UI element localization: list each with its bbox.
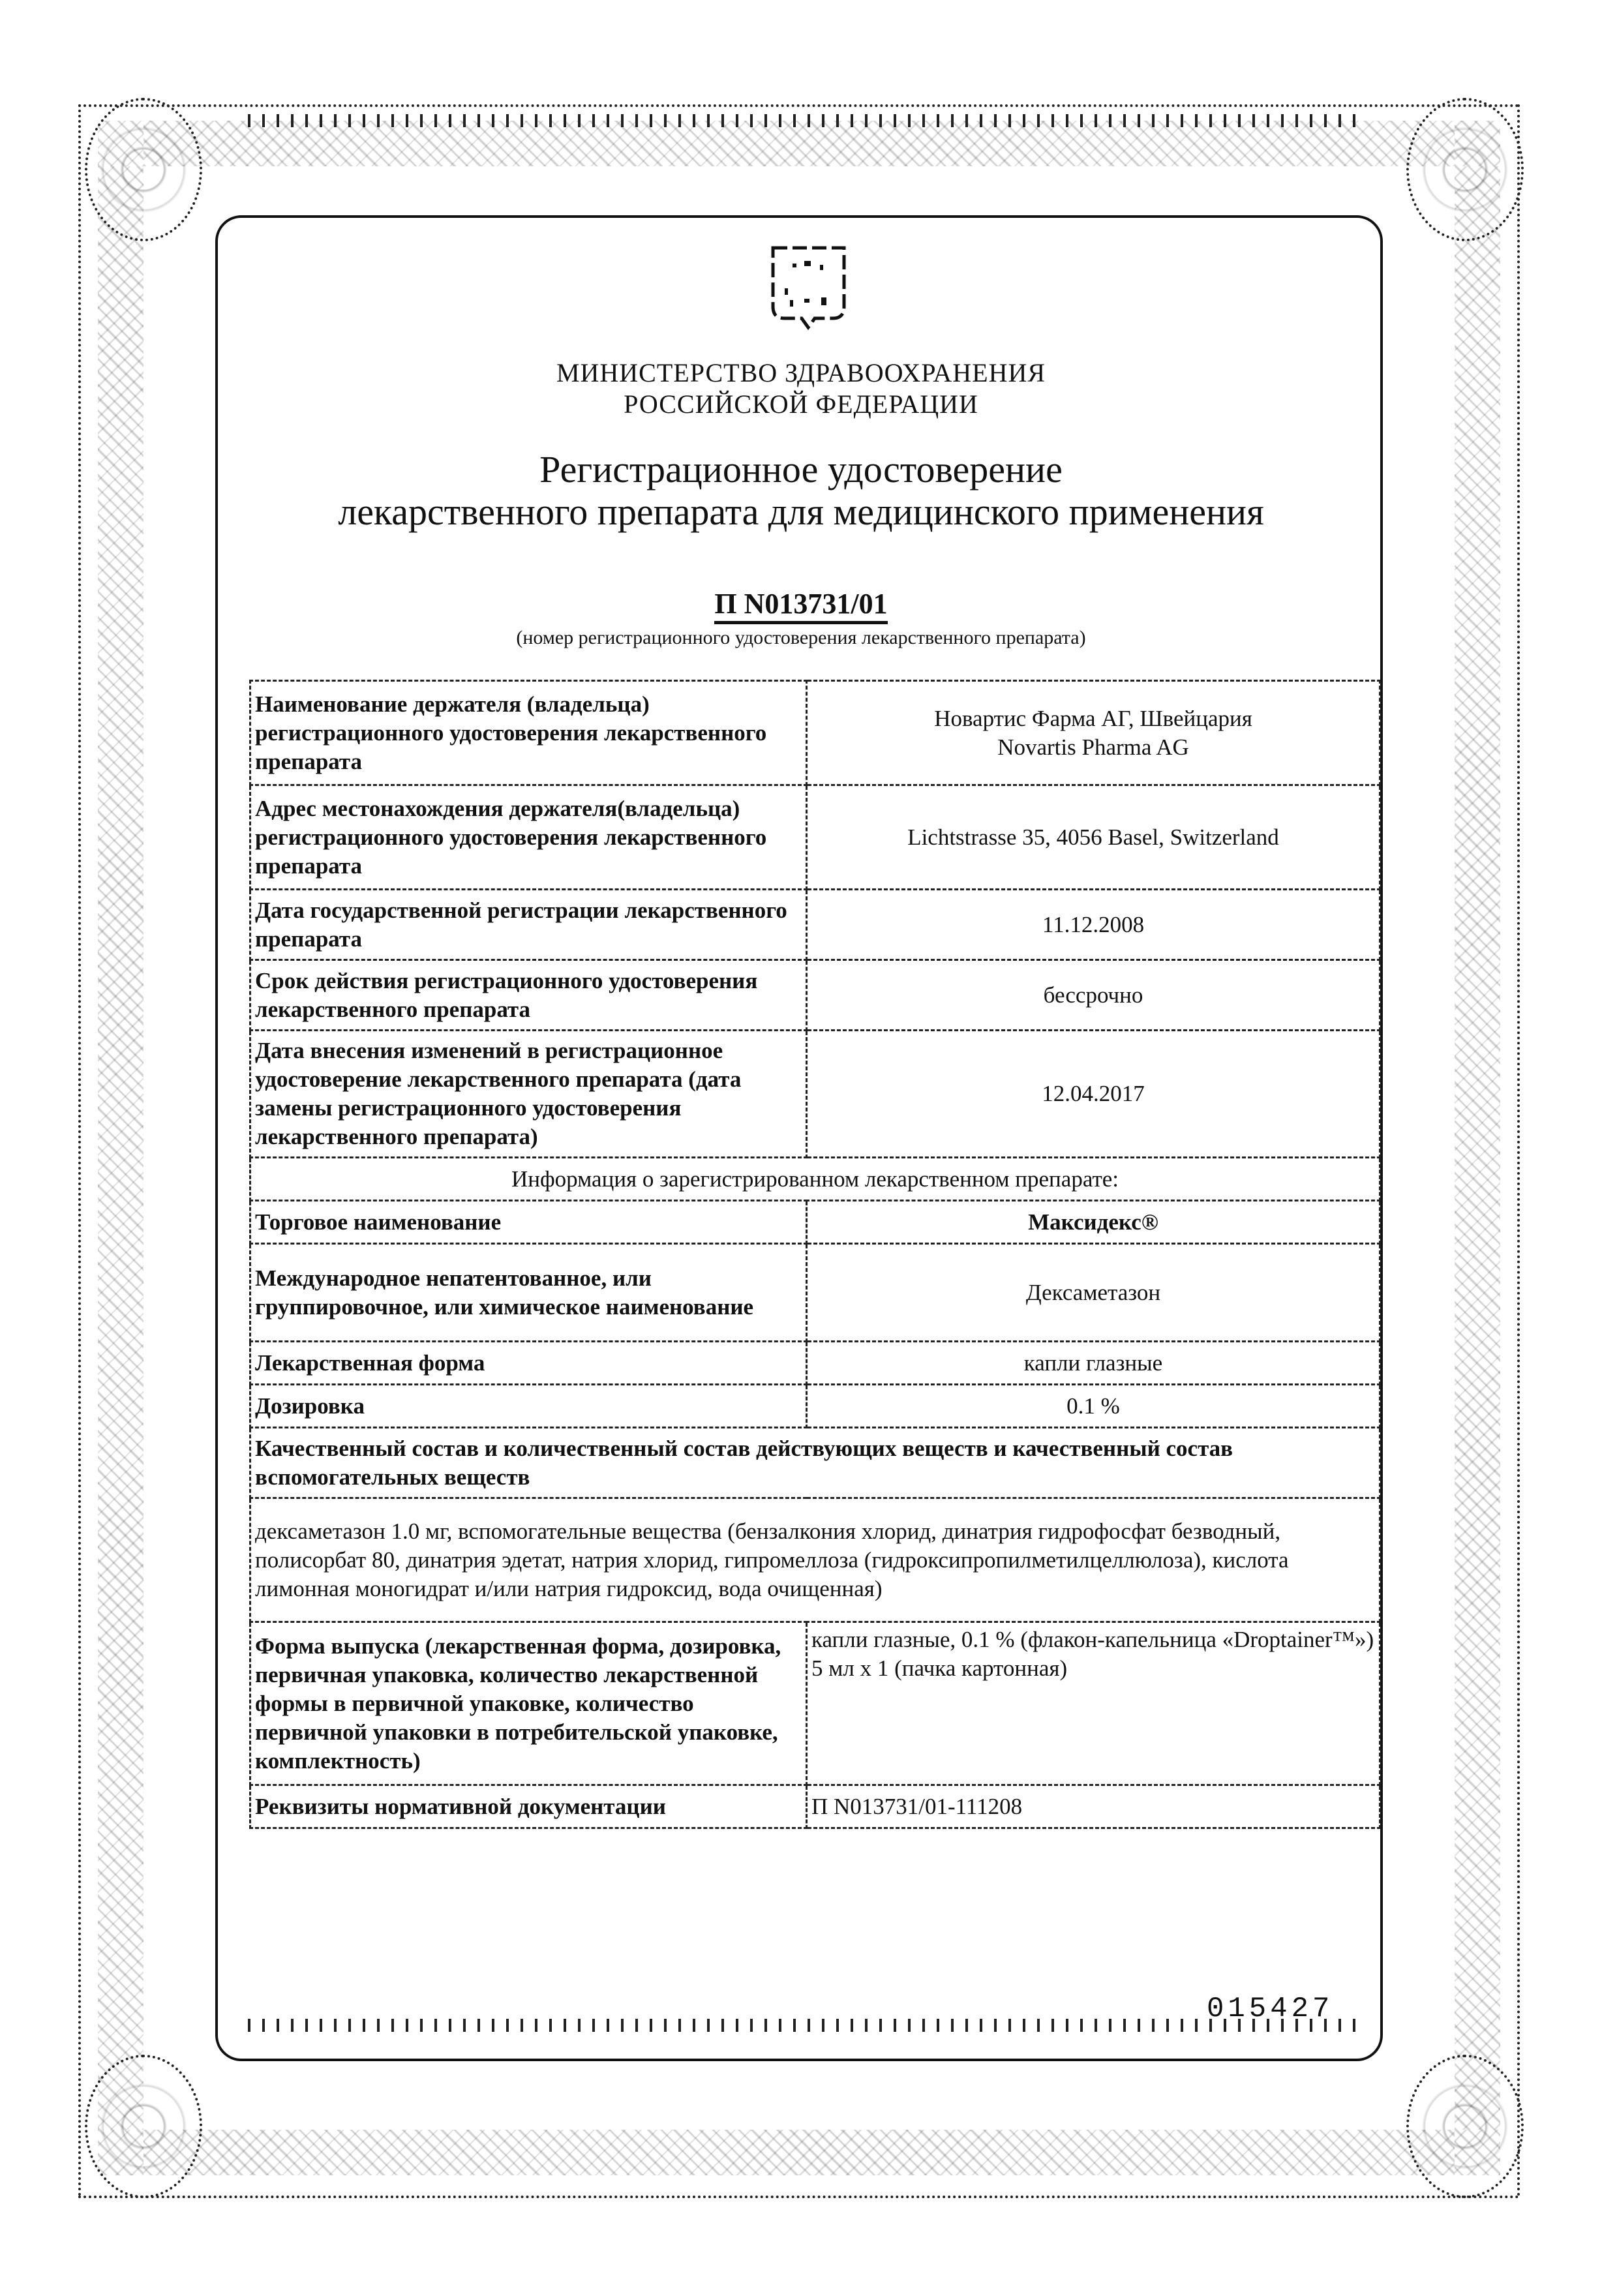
rosette-ornament-icon <box>85 2055 202 2198</box>
row-value: П N013731/01-111208 <box>807 1785 1380 1828</box>
rosette-ornament-icon <box>85 98 202 241</box>
row-label: Срок действия регистрационного удостовер… <box>250 960 807 1031</box>
row-label: Торговое наименование <box>250 1201 807 1244</box>
registration-number-text: П N013731/01 <box>714 588 887 624</box>
table-row-dosage: Дозировка 0.1 % <box>250 1385 1380 1428</box>
row-label: Дозировка <box>250 1385 807 1428</box>
row-label: Международное непатентованное, или групп… <box>250 1244 807 1342</box>
row-label: Дата государственной регистрации лекарст… <box>250 890 807 960</box>
table-row-section-title: Информация о зарегистрированном лекарств… <box>250 1158 1380 1201</box>
row-value: капли глазные, 0.1 % (флакон-капельница … <box>807 1622 1380 1785</box>
ministry-name-line2: РОССИЙСКОЙ ФЕДЕРАЦИИ <box>0 389 1602 420</box>
document-title-line2: лекарственного препарата для медицинског… <box>0 489 1602 535</box>
holder-name-ru: Новартис Фарма АГ, Швейцария <box>811 704 1375 733</box>
row-label: Лекарственная форма <box>250 1342 807 1385</box>
row-value: Lichtstrasse 35, 4056 Basel, Switzerland <box>807 785 1380 890</box>
row-value: бессрочно <box>807 960 1380 1031</box>
rosette-ornament-icon <box>1406 98 1524 241</box>
row-value: 11.12.2008 <box>807 890 1380 960</box>
row-value: 12.04.2017 <box>807 1031 1380 1158</box>
row-label: Реквизиты нормативной документации <box>250 1785 807 1828</box>
drug-info-section-title: Информация о зарегистрированном лекарств… <box>250 1158 1380 1201</box>
row-label: Форма выпуска (лекарственная форма, дози… <box>250 1622 807 1785</box>
table-row-dosage-form: Лекарственная форма капли глазные <box>250 1342 1380 1385</box>
row-label: Наименование держателя (владельца) регис… <box>250 681 807 785</box>
table-row-holder-address: Адрес местонахождения держателя(владельц… <box>250 785 1380 890</box>
serial-number: 015427 <box>1207 1993 1333 2025</box>
table-row-normative-docs: Реквизиты нормативной документации П N01… <box>250 1785 1380 1828</box>
coat-of-arms-icon <box>768 241 849 333</box>
row-label: Дата внесения изменений в регистрационно… <box>250 1031 807 1158</box>
composition-text: дексаметазон 1.0 мг, вспомогательные вещ… <box>250 1498 1380 1622</box>
row-label: Адрес местонахождения держателя(владельц… <box>250 785 807 890</box>
row-value: капли глазные <box>807 1342 1380 1385</box>
registration-number: П N013731/01 <box>0 587 1602 621</box>
table-row-registration-date: Дата государственной регистрации лекарст… <box>250 890 1380 960</box>
row-value: Дексаметазон <box>807 1244 1380 1342</box>
table-row-inn: Международное непатентованное, или групп… <box>250 1244 1380 1342</box>
table-row-validity: Срок действия регистрационного удостовер… <box>250 960 1380 1031</box>
rosette-ornament-icon <box>1406 2055 1524 2198</box>
table-row-trade-name: Торговое наименование Максидекс® <box>250 1201 1380 1244</box>
registration-number-caption: (номер регистрационного удостоверения ле… <box>0 626 1602 650</box>
table-row-change-date: Дата внесения изменений в регистрационно… <box>250 1031 1380 1158</box>
row-value: Максидекс® <box>807 1201 1380 1244</box>
composition-title: Качественный состав и количественный сос… <box>250 1428 1380 1498</box>
certificate-table: Наименование держателя (владельца) регис… <box>249 680 1381 1829</box>
table-row-release-form: Форма выпуска (лекарственная форма, дози… <box>250 1622 1380 1785</box>
table-row-holder-name: Наименование держателя (владельца) регис… <box>250 681 1380 785</box>
document-title-line1: Регистрационное удостоверение <box>0 447 1602 492</box>
row-value: 0.1 % <box>807 1385 1380 1428</box>
table-row-composition: дексаметазон 1.0 мг, вспомогательные вещ… <box>250 1498 1380 1622</box>
ministry-name-line1: МИНИСТЕРСТВО ЗДРАВООХРАНЕНИЯ <box>0 357 1602 389</box>
frame-ticks-top <box>248 114 1357 127</box>
table-row-composition-title: Качественный состав и количественный сос… <box>250 1428 1380 1498</box>
holder-name-en: Novartis Pharma AG <box>811 733 1375 762</box>
row-value: Новартис Фарма АГ, Швейцария Novartis Ph… <box>807 681 1380 785</box>
